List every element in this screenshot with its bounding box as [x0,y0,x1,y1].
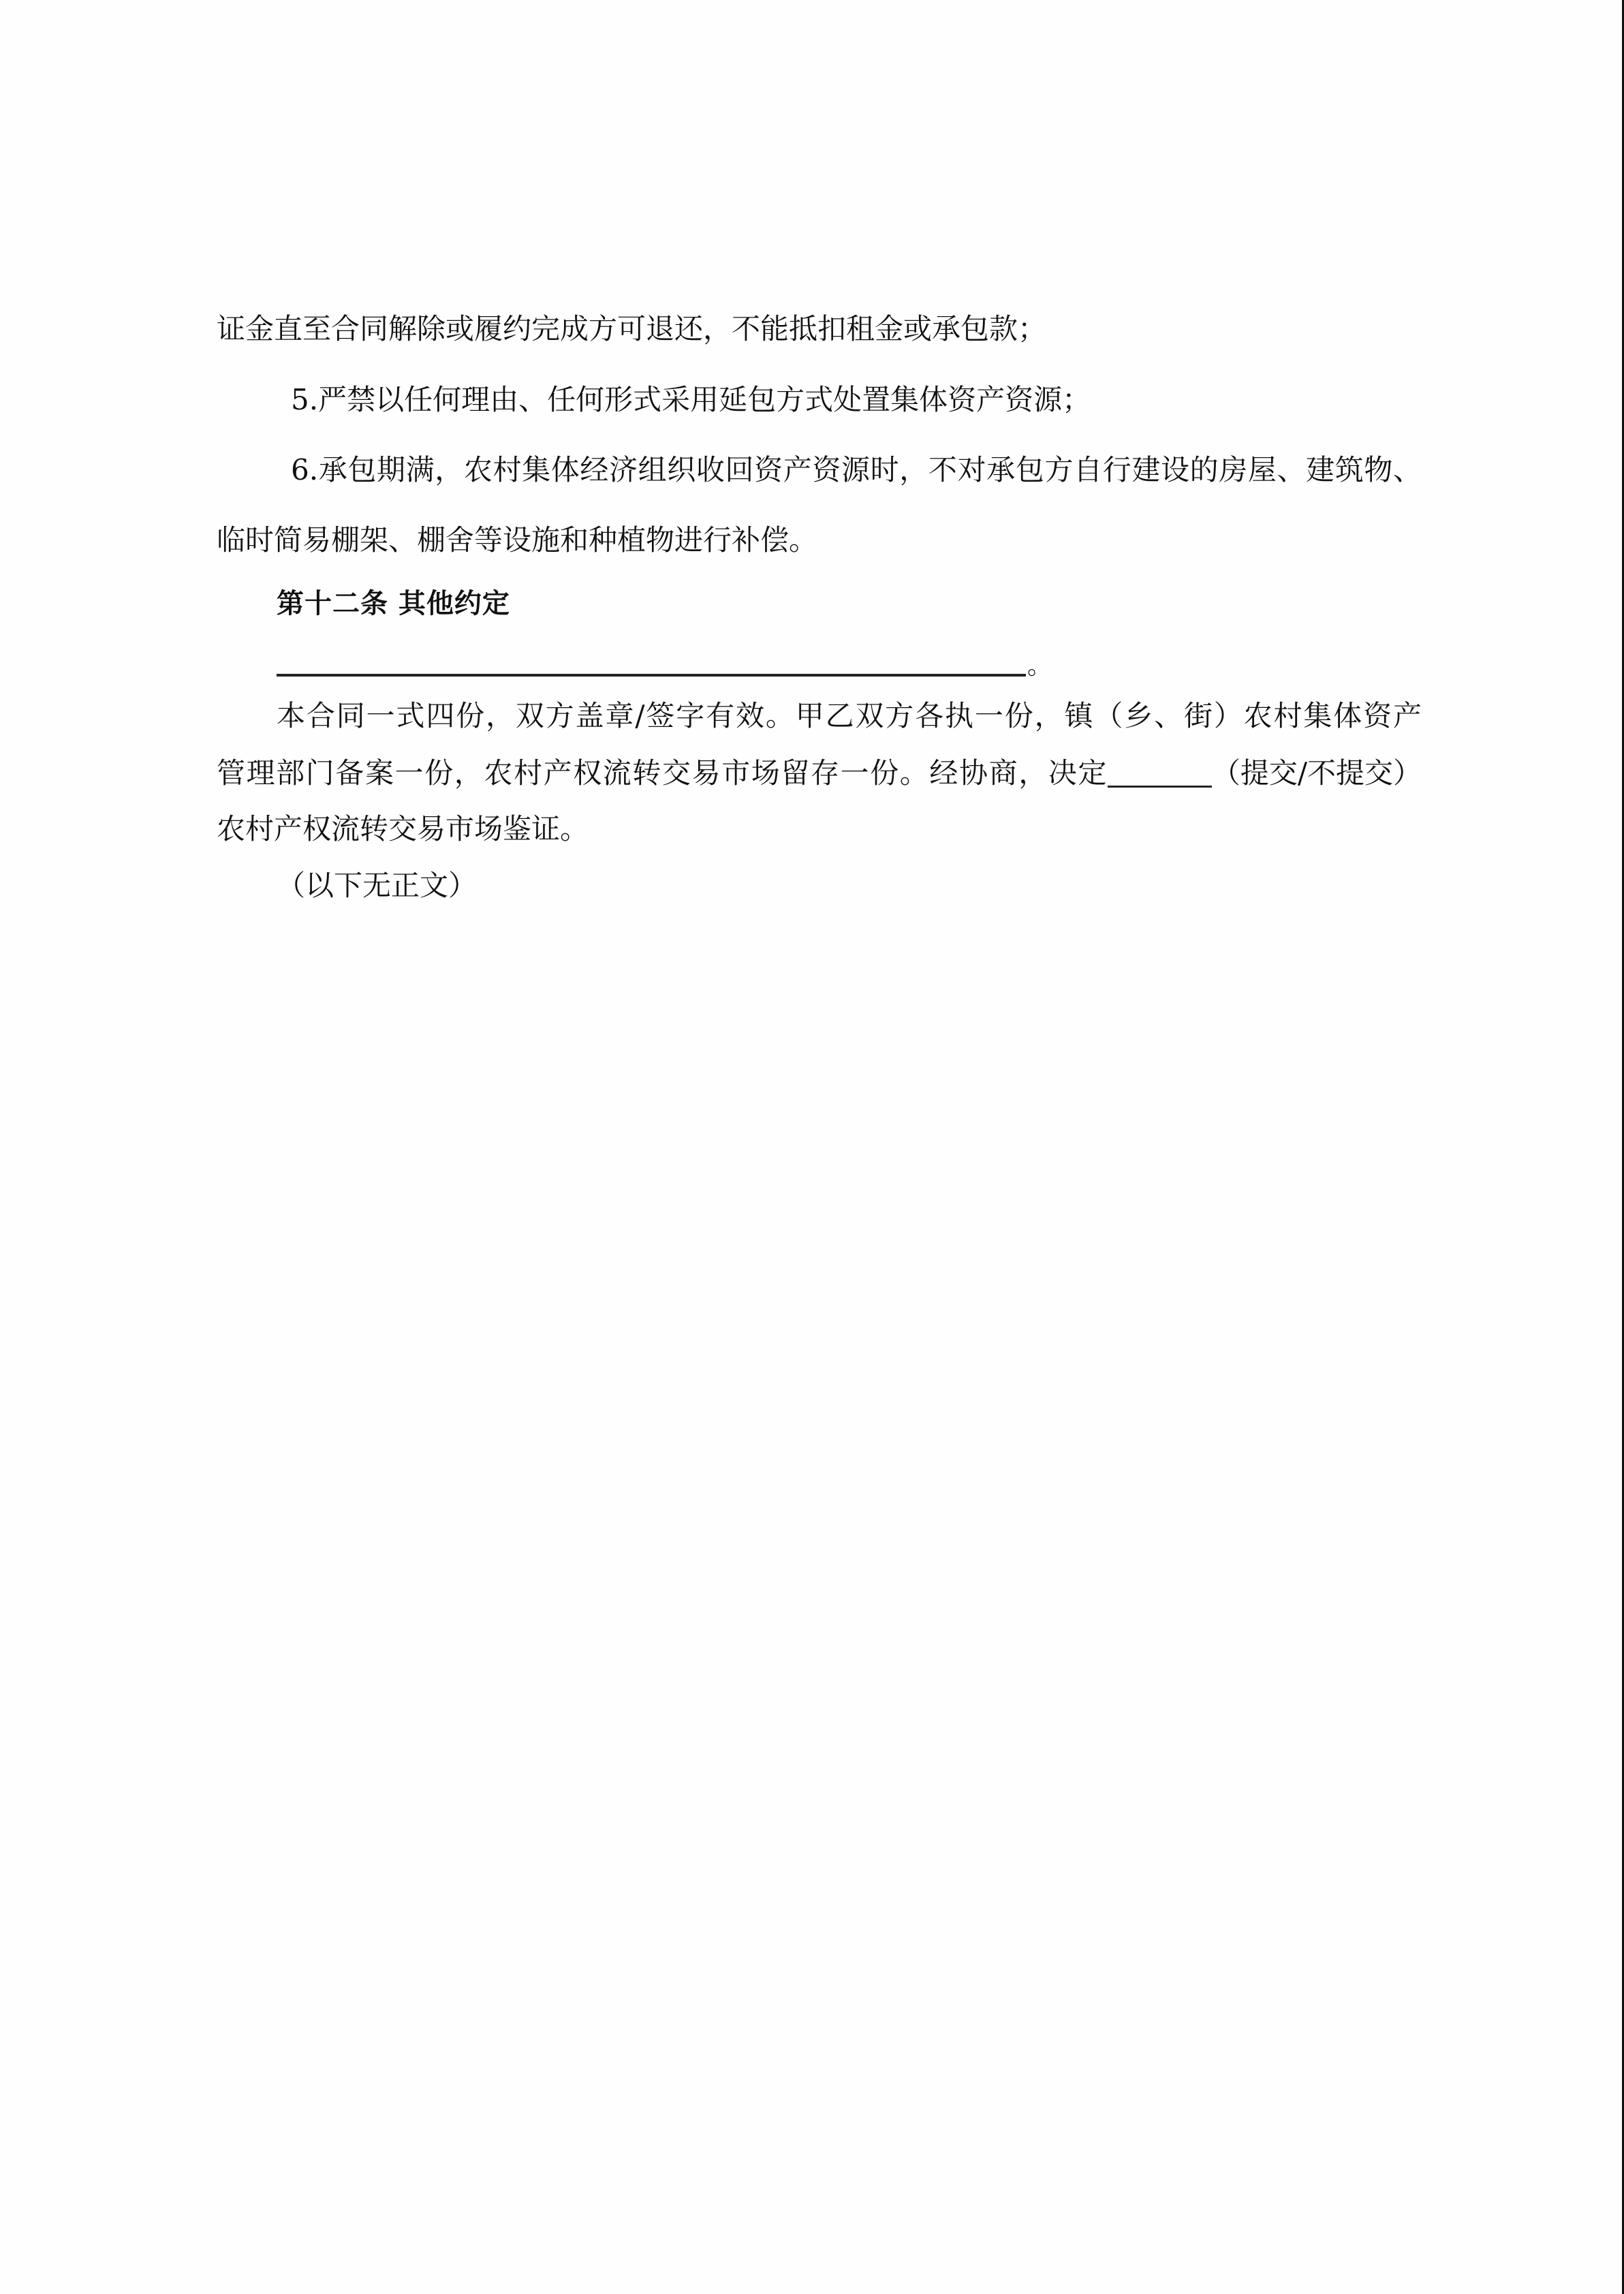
other-terms-fill-in-field[interactable] [277,674,1026,677]
closing-line2-suffix: （提交/不提交） [1212,759,1422,788]
paragraph-line-deposit: 证金直至合同解除或履约完成方可退还，不能抵扣租金或承包款； [217,315,1046,343]
closing-paragraph-line3: 农村产权流转交易市场鉴证。 [217,815,589,843]
article-12-heading: 第十二条 其他约定 [277,590,510,617]
closing-paragraph-line1: 本合同一式四份，双方盖章/签字有效。甲乙双方各执一份，镇（乡、街）农村集体资产 [277,702,1422,730]
paragraph-item-5: 5.严禁以任何理由、任何形式采用延包方式处置集体资产资源； [291,386,1091,414]
closing-line2-prefix: 管理部门备案一份，农村产权流转交易市场留存一份。经协商，决定 [217,759,1108,788]
end-of-text-note: （以下无正文） [277,871,477,900]
paragraph-item-6-line1: 6.承包期满，农村集体经济组织收回资产资源时，不对承包方自行建设的房屋、建筑物、 [291,456,1422,484]
submit-decision-blank-field[interactable] [1108,758,1212,788]
closing-paragraph-line2: 管理部门备案一份，农村产权流转交易市场留存一份。经协商，决定 （提交/不提交） [217,758,1422,788]
document-page: 证金直至合同解除或履约完成方可退还，不能抵扣租金或承包款； 5.严禁以任何理由、… [0,0,1622,2294]
paragraph-item-6-line2: 临时简易棚架、棚舍等设施和种植物进行补偿。 [217,526,817,555]
fill-in-terminator: 。 [1027,654,1052,679]
